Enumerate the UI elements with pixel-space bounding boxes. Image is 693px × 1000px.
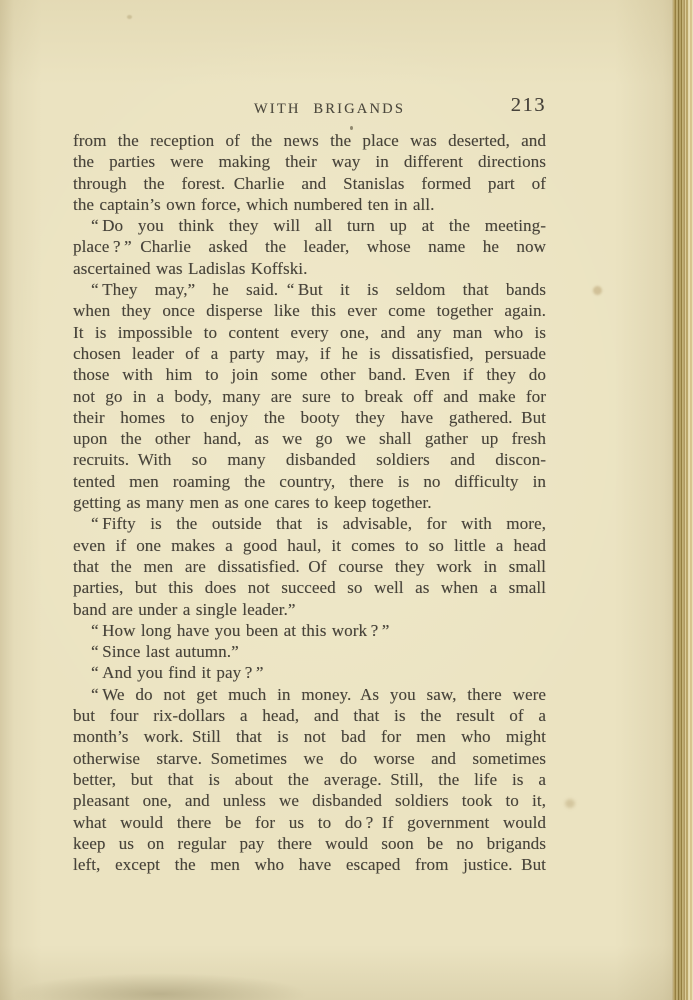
text-line: left, except the men who have escaped fr… bbox=[73, 854, 546, 875]
text-line: from the reception of the news the place… bbox=[73, 130, 546, 151]
text-line: keep us on regular pay there would soon … bbox=[73, 833, 546, 854]
text-line: those with him to join some other band. … bbox=[73, 364, 546, 385]
text-line: “ They may,” he said. “ But it is seldom… bbox=[73, 279, 546, 300]
text-line: when they once disperse like this ever c… bbox=[73, 300, 546, 321]
text-line: “ How long have you been at this work ? … bbox=[73, 620, 546, 641]
text-line: even if one makes a good haul, it comes … bbox=[73, 535, 546, 556]
text-line: that the men are dissatisfied. Of course… bbox=[73, 556, 546, 577]
text-line: the parties were making their way in dif… bbox=[73, 151, 546, 172]
text-line: upon the other hand, as we go we shall g… bbox=[73, 428, 546, 449]
text-line: through the forest. Charlie and Stanisla… bbox=[73, 173, 546, 194]
page-text: from the reception of the news the place… bbox=[73, 130, 546, 875]
text-line: the captain’s own force, which numbered … bbox=[73, 194, 546, 215]
text-line: what would there be for us to do ? If go… bbox=[73, 812, 546, 833]
text-line: “ Since last autumn.” bbox=[73, 641, 546, 662]
paper-speck bbox=[350, 126, 353, 130]
page-header: WITH BRIGANDS 213 bbox=[73, 94, 546, 120]
text-line: pleasant one, and unless we disbanded so… bbox=[73, 790, 546, 811]
text-line: “ And you find it pay ? ” bbox=[73, 662, 546, 683]
paper-speck bbox=[565, 799, 575, 808]
text-line: but four rix-dollars a head, and that is… bbox=[73, 705, 546, 726]
text-line: recruits. With so many disbanded soldier… bbox=[73, 449, 546, 470]
text-line: not go in a body, many are sure to break… bbox=[73, 386, 546, 407]
text-line: better, but that is about the average. S… bbox=[73, 769, 546, 790]
text-line: “ Fifty is the outside that is advisable… bbox=[73, 513, 546, 534]
text-line: It is impossible to content every one, a… bbox=[73, 322, 546, 343]
text-line: ascertained was Ladislas Koffski. bbox=[73, 258, 546, 279]
running-title: WITH BRIGANDS bbox=[254, 101, 405, 118]
text-line: parties, but this does not succeed so we… bbox=[73, 577, 546, 598]
book-page-edges bbox=[672, 0, 693, 1000]
paper-speck bbox=[127, 15, 132, 19]
text-line: month’s work. Still that is not bad for … bbox=[73, 726, 546, 747]
page-number: 213 bbox=[511, 94, 546, 117]
text-line: getting as many men as one cares to keep… bbox=[73, 492, 546, 513]
text-line: place ? ” Charlie asked the leader, whos… bbox=[73, 236, 546, 257]
text-line: band are under a single leader.” bbox=[73, 599, 546, 620]
book-page-scan: WITH BRIGANDS 213 from the reception of … bbox=[0, 0, 693, 1000]
text-line: otherwise starve. Sometimes we do worse … bbox=[73, 748, 546, 769]
paper-speck bbox=[593, 286, 602, 295]
text-line: tented men roaming the country, there is… bbox=[73, 471, 546, 492]
text-line: their homes to enjoy the booty they have… bbox=[73, 407, 546, 428]
text-line: “ We do not get much in money. As you sa… bbox=[73, 684, 546, 705]
text-line: chosen leader of a party may, if he is d… bbox=[73, 343, 546, 364]
text-line: “ Do you think they will all turn up at … bbox=[73, 215, 546, 236]
